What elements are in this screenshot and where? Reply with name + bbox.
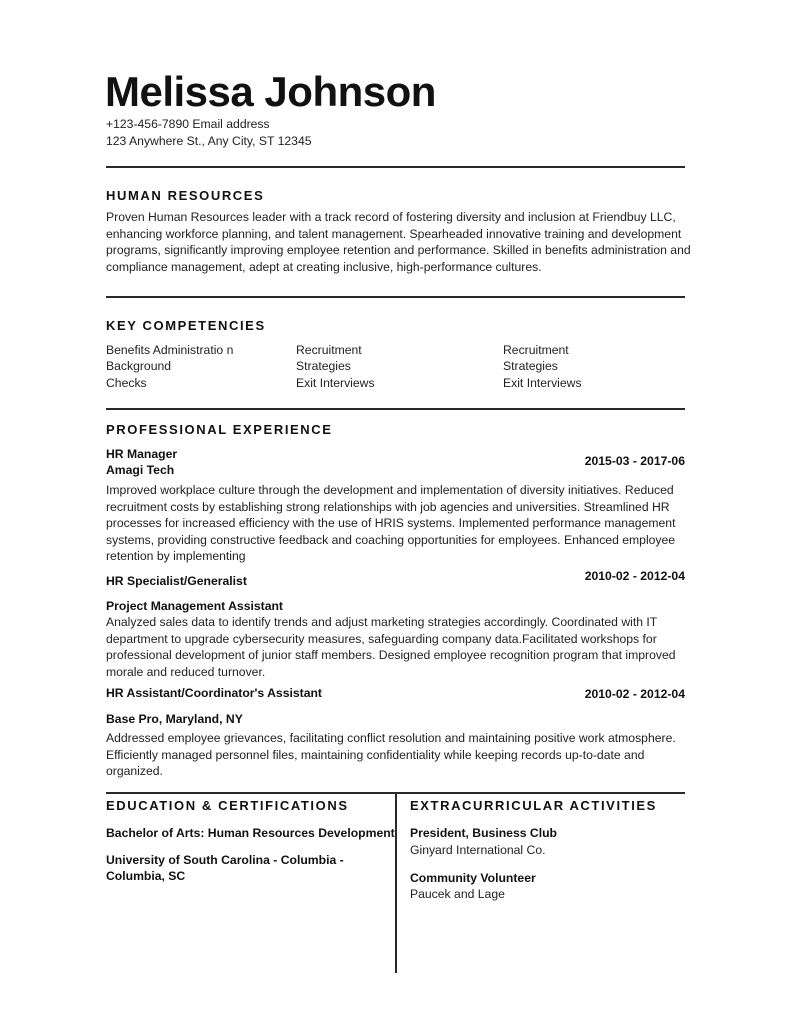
competency-item: Background: [106, 358, 233, 374]
section-title-education: EDUCATION & CERTIFICATIONS: [106, 798, 349, 813]
education-school: University of South Carolina - Columbia …: [106, 852, 344, 868]
section-title-extracurricular: EXTRACURRICULAR ACTIVITIES: [410, 798, 657, 813]
competency-item: Exit Interviews: [503, 375, 582, 391]
activity-role: President, Business Club: [410, 825, 557, 841]
competency-item: Checks: [106, 375, 233, 391]
activity-org: Ginyard International Co.: [410, 842, 546, 858]
job-company: Base Pro, Maryland, NY: [106, 711, 243, 727]
job-company: Amagi Tech: [106, 462, 174, 478]
competency-item: Recruitment: [503, 342, 582, 358]
competency-item: Strategies: [503, 358, 582, 374]
section-title-experience: PROFESSIONAL EXPERIENCE: [106, 422, 333, 437]
competency-column: Benefits Administratio n Background Chec…: [106, 342, 233, 391]
contact-address: 123 Anywhere St., Any City, ST 12345: [106, 133, 312, 149]
competency-item: Strategies: [296, 358, 375, 374]
divider: [106, 296, 685, 298]
activity-org: Paucek and Lage: [410, 886, 505, 902]
summary-text: Proven Human Resources leader with a tra…: [106, 209, 691, 275]
job-title: HR Assistant/Coordinator's Assistant: [106, 685, 322, 701]
column-divider: [395, 793, 397, 973]
competency-item: Exit Interviews: [296, 375, 375, 391]
activity-role: Community Volunteer: [410, 870, 536, 886]
section-title-summary: HUMAN RESOURCES: [106, 188, 264, 203]
competency-column: Recruitment Strategies Exit Interviews: [503, 342, 582, 391]
job-description: Addressed employee grievances, facilitat…: [106, 730, 691, 780]
education-school-location: Columbia, SC: [106, 868, 185, 884]
competency-item: Benefits Administratio n: [106, 342, 233, 358]
education-degree: Bachelor of Arts: Human Resources Develo…: [106, 825, 395, 841]
job-dates: 2010-02 - 2012-04: [585, 569, 685, 583]
job-description: Analyzed sales data to identify trends a…: [106, 614, 691, 680]
candidate-name: Melissa Johnson: [105, 66, 436, 118]
job-dates: 2015-03 - 2017-06: [585, 454, 685, 468]
job-title: HR Specialist/Generalist: [106, 573, 247, 589]
divider: [106, 166, 685, 168]
competency-column: Recruitment Strategies Exit Interviews: [296, 342, 375, 391]
job-dates: 2010-02 - 2012-04: [585, 687, 685, 701]
job-title: HR Manager: [106, 446, 177, 462]
job-company: Project Management Assistant: [106, 598, 283, 614]
divider: [106, 408, 685, 410]
job-description: Improved workplace culture through the d…: [106, 482, 691, 565]
competency-item: Recruitment: [296, 342, 375, 358]
section-title-competencies: KEY COMPETENCIES: [106, 318, 266, 333]
contact-phone-email: +123-456-7890 Email address: [106, 116, 270, 132]
